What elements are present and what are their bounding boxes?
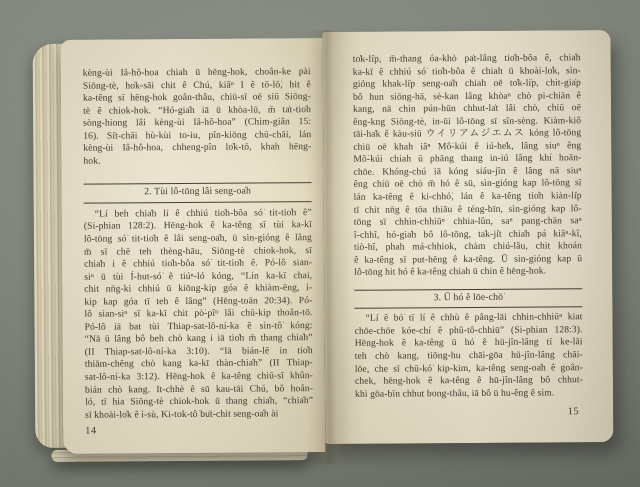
heading-rule-bottom bbox=[84, 201, 312, 204]
open-book: kèng-ùi Iâ-hô-hoa chiah ū hēng-hok, choâ… bbox=[32, 28, 617, 466]
section-2-heading-block: 2. Tùi lô-tōng lâi seng-oa̍h bbox=[84, 182, 312, 203]
section-2-heading: 2. Tùi lô-tōng lâi seng-oa̍h bbox=[84, 183, 312, 202]
left-paragraph-2: “Lí beh chia̍h lí ê chhiú tio̍h-bôa só͘ … bbox=[84, 207, 313, 422]
section-3-heading-block: 3. Ū hó ê lōe-chō͘ bbox=[354, 288, 582, 309]
left-paragraph-1: kèng-ùi Iâ-hô-hoa chiah ū hēng-hok, choâ… bbox=[83, 66, 312, 168]
right-page-text: to̍k-li̍p, m̄-thang óa-khò pa̍t-lâng tio… bbox=[353, 52, 584, 420]
right-page: to̍k-li̍p, m̄-thang óa-khò pa̍t-lâng tio… bbox=[322, 30, 613, 444]
left-page: kèng-ùi Iâ-hô-hoa chiah ū hēng-hok, choâ… bbox=[61, 38, 326, 454]
page-number-15: 15 bbox=[355, 406, 583, 420]
right-paragraph-2: “Lí ê bó͘ tī lí ê chhù ê pâng-lāi chhin-… bbox=[354, 312, 583, 401]
page-number-14: 14 bbox=[85, 424, 313, 438]
right-paragraph-1: to̍k-li̍p, m̄-thang óa-khò pa̍t-lâng tio… bbox=[353, 52, 583, 279]
heading-rule-bottom bbox=[354, 307, 582, 310]
photo-background: kèng-ùi Iâ-hô-hoa chiah ū hēng-hok, choâ… bbox=[0, 0, 640, 487]
left-page-text: kèng-ùi Iâ-hô-hoa chiah ū hēng-hok, choâ… bbox=[83, 66, 314, 438]
section-3-heading: 3. Ū hó ê lōe-chō͘ bbox=[354, 289, 582, 308]
